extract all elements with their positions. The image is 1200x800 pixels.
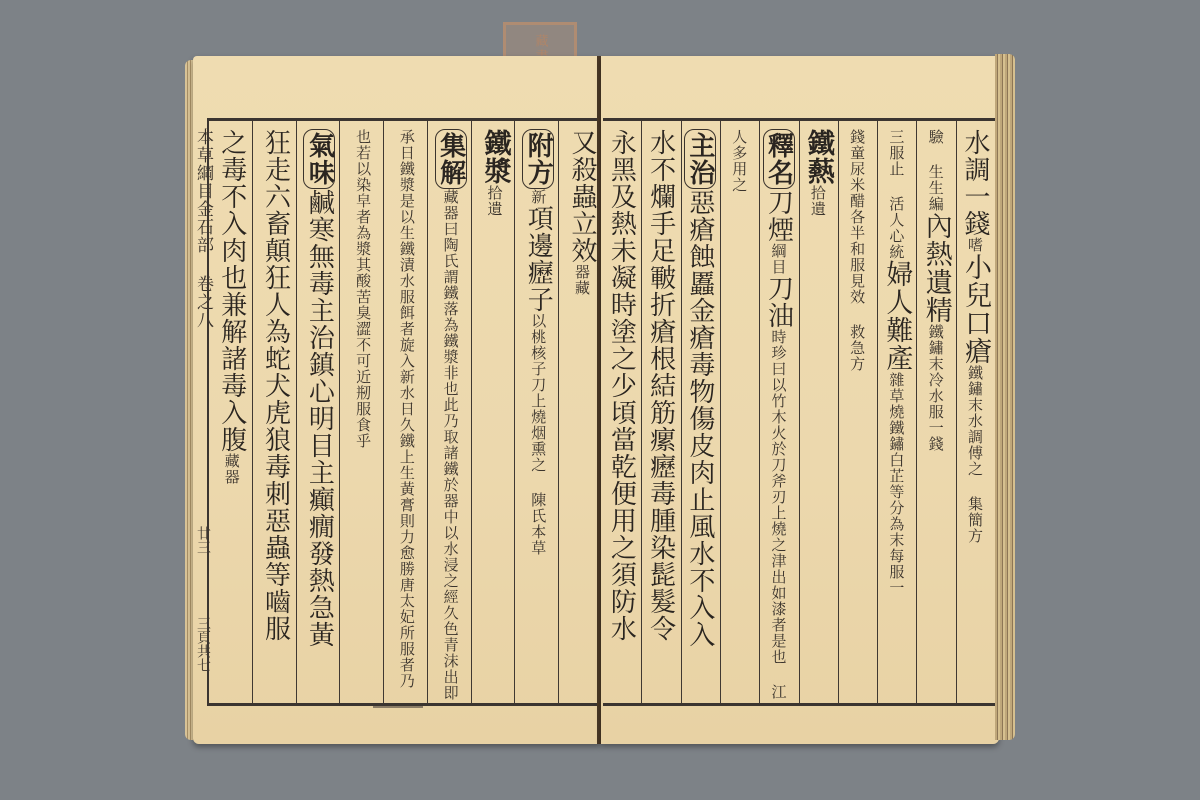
text-column: 三服止 活人心統婦人難產雜草燒鐵鏽白芷等分為末每服一 [877, 121, 916, 703]
column-main-text: 惡瘡蝕䘌金瘡毒物傷皮肉止風水不入入 [685, 189, 715, 648]
column-note: 藏器 [223, 453, 241, 485]
column-main-text: 項邊癧子 [523, 205, 553, 313]
text-column: 人多用之 [720, 121, 759, 703]
column-main-text: 水調一錢 [960, 129, 990, 237]
column-main-text: 鹹寒無毒主治鎮心明目主癲癇發熱急黃 [304, 189, 334, 648]
text-column: 集解藏器曰陶氏謂鐵落為鐵漿非也此乃取諸鐵於器中以水浸之經久色青沫出即堪染皁者 [427, 121, 471, 703]
text-column: 狂走六畜顛狂人為蛇犬虎狼毒刺惡蟲等嚙服 [252, 121, 296, 703]
section-heading-shiming: 釋名 [763, 129, 795, 189]
column-note: 器藏 [573, 264, 591, 296]
text-column: 附方新項邊癧子以桃核子刀上燒烟熏之 陳氏本草 [514, 121, 558, 703]
column-note: 錢童尿米醋各半和服見效 救急方 [848, 129, 866, 372]
left-text-frame: 又殺蟲立效器藏 附方新項邊癧子以桃核子刀上燒烟熏之 陳氏本草 鐵漿拾遺 集解藏器… [207, 118, 602, 706]
text-column: 釋名刀煙綱目刀油時珍曰以竹木火於刀斧刃上燒之津出如漆者是也 江東 [759, 121, 798, 703]
column-main-text: 狂走六畜顛狂人為蛇犬虎狼毒刺惡蟲等嚙服 [261, 129, 291, 642]
column-main-text: 又殺蟲立效 [567, 129, 597, 264]
column-note: 鐵鏽末冷水服一錢 [927, 324, 945, 452]
text-column: 錢童尿米醋各半和服見效 救急方 [838, 121, 877, 703]
text-column: 水不爛手足皸折瘡根結筋瘰癧毒腫染髭髮令 [641, 121, 680, 703]
text-column: 鐵漿拾遺 [471, 121, 515, 703]
section-heading-fufang: 附方 [522, 129, 554, 189]
text-column: 氣味鹹寒無毒主治鎮心明目主癲癇發熱急黃 [296, 121, 340, 703]
column-note: 雜草燒鐵鏽白芷等分為末每服一 [887, 372, 905, 596]
text-column: 又殺蟲立效器藏 [558, 121, 602, 703]
column-main-text: 之毒不入肉也兼解諸毒入腹 [217, 129, 247, 453]
column-main-text: 婦人難產 [881, 260, 912, 372]
bottom-margin-mark [373, 706, 423, 708]
column-note: 拾遺 [485, 185, 503, 217]
column-note: 以桃核子刀上燒烟熏之 陳氏本草 [529, 313, 547, 556]
section-heading-zhuzhi: 主治 [684, 129, 716, 189]
column-note: 也若以染皁者為漿其酸苦臭澀不可近剏服食乎 [354, 129, 372, 449]
section-heading-qiwei: 氣味 [303, 129, 335, 189]
text-column: 鐵爇拾遺 [799, 121, 838, 703]
column-note: 新 [529, 189, 547, 205]
column-main-text: 小兒口瘡 [960, 253, 991, 365]
column-main-text: 水不爛手足皸折瘡根結筋瘰癧毒腫染髭髮令 [646, 129, 676, 642]
column-main-text: 永黑及熱未凝時塗之少頃當乾便用之須防水 [606, 129, 636, 642]
column-note: 人多用之 [730, 129, 748, 193]
column-note: 三服止 活人心統 [887, 129, 905, 260]
left-page: 本草綱目金石部 卷之八 廿三 三頁共七 又殺蟲立效器藏 附方新項邊癧子以桃核子刀… [193, 56, 600, 744]
entry-title-tieshao: 鐵爇 [803, 129, 834, 185]
right-page: 本草綱目金石部 卷之八 四三 水調一錢嗜小兒口瘡鐵鏽末水調傅之 集簡方 驗 生生… [601, 56, 999, 744]
right-page-fore-edge [995, 54, 1015, 740]
column-main-text: 刀煙 [764, 189, 794, 243]
column-main-text: 刀油 [764, 275, 794, 329]
text-column: 也若以染皁者為漿其酸苦臭澀不可近剏服食乎 [339, 121, 383, 703]
open-book: 本草綱目金石部 卷之八 廿三 三頁共七 又殺蟲立效器藏 附方新項邊癧子以桃核子刀… [185, 50, 1015, 750]
text-column: 水調一錢嗜小兒口瘡鐵鏽末水調傅之 集簡方 [956, 121, 995, 703]
text-column: 承日鐵漿是以生鐵漬水服餌者旋入新水日久鐵上生黃膏則力愈勝唐太妃所服者乃此 [383, 121, 427, 703]
entry-title-tiejiang: 鐵漿 [479, 129, 510, 185]
text-column: 驗 生生編內熱遺精鐵鏽末冷水服一錢 [916, 121, 955, 703]
column-note: 綱目 [770, 243, 788, 275]
text-column: 永黑及熱未凝時塗之少頃當乾便用之須防水 [603, 121, 641, 703]
column-note: 藏器曰陶氏謂鐵落為鐵漿非也此乃取諸鐵於器中以水浸之經久色青沫出即堪染皁者 [427, 129, 460, 701]
text-column: 之毒不入肉也兼解諸毒入腹藏器 [209, 121, 252, 703]
column-note: 鐵鏽末水調傅之 集簡方 [966, 365, 984, 544]
text-column: 主治惡瘡蝕䘌金瘡毒物傷皮肉止風水不入入 [681, 121, 720, 703]
column-note: 驗 生生編 [927, 129, 945, 212]
section-heading-jijie: 集解 [435, 129, 467, 189]
column-note: 嗜 [966, 237, 984, 253]
column-note: 承日鐵漿是以生鐵漬水服餌者旋入新水日久鐵上生黃膏則力愈勝唐太妃所服者乃此 [383, 129, 416, 689]
column-note: 拾遺 [809, 185, 827, 217]
column-main-text: 內熱遺精 [921, 212, 952, 324]
right-text-frame: 水調一錢嗜小兒口瘡鐵鏽末水調傅之 集簡方 驗 生生編內熱遺精鐵鏽末冷水服一錢 三… [603, 118, 997, 706]
